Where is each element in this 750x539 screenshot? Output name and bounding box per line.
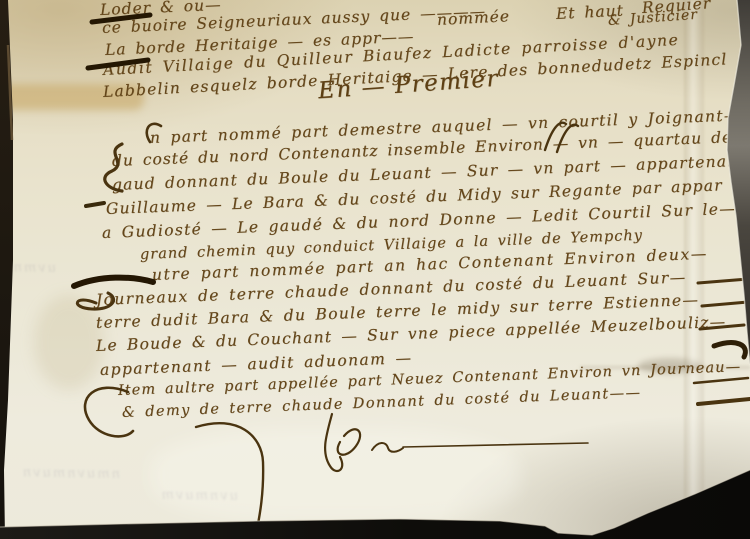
photographed-manuscript: mnuvnuvvnmuvnmnmuvnumnvuvuvnmuvmvnuvnnmu… bbox=[0, 0, 750, 539]
table-edge-left bbox=[0, 0, 13, 539]
edge-layer bbox=[0, 0, 750, 539]
table-edge-bottom bbox=[0, 470, 750, 539]
